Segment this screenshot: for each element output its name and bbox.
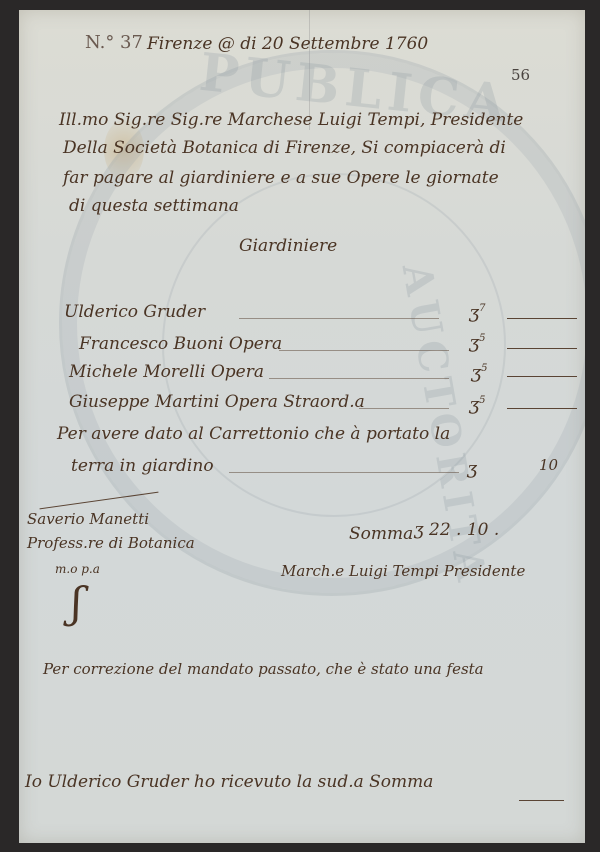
entry-amount-2: ʒ5 [469,332,486,353]
amount-rule [507,348,577,349]
total-label: Somma [349,524,413,544]
entry-name-2: Francesco Buoni Opera [79,334,282,354]
document-number: N.° 37 [85,32,143,53]
total-value: ʒ 22 . 10 . [414,520,499,540]
leader-dashes [269,378,449,379]
entry-amount-6-value: 10 [539,456,558,474]
leader-dashes [359,408,449,409]
entry-amount-4: ʒ5 [469,394,486,415]
correction-note: Per correzione del mandato passato, che … [43,660,484,678]
entry-amount-3: ʒ5 [471,362,488,383]
margin-flourish: ʃ [71,578,82,627]
section-heading: Giardiniere [239,236,337,256]
entry-name-3: Michele Morelli Opera [69,362,264,382]
entry-name-1: Ulderico Gruder [64,302,205,322]
leader-dashes [239,318,439,319]
place-date: Firenze @ di 20 Settembre 1760 [147,34,428,54]
margin-note-line-2: Profess.re di Botanica [27,534,195,552]
salutation-line-4: di questa settimana [69,196,239,216]
amount-rule [507,318,577,319]
entry-name-4: Giuseppe Martini Opera Straord.a [69,392,365,412]
document-page: PUBLICA AUCTORITA N.° 37 Firenze @ di 20… [19,10,585,843]
margin-note-line-1: Saverio Manetti [27,510,149,528]
entry-name-5: Per avere dato al Carrettonio che à port… [57,424,450,444]
amount-rule [507,408,577,409]
amount-rule [507,376,577,377]
salutation-line-1: Ill.mo Sig.re Sig.re Marchese Luigi Temp… [59,110,523,130]
leader-dashes [229,472,459,473]
president-signature: March.e Luigi Tempi Presidente [281,562,525,580]
folio-number: 56 [511,66,530,84]
receipt-rule [519,800,564,801]
salutation-line-2: Della Società Botanica di Firenze, Si co… [63,138,506,158]
receipt-line: Io Ulderico Gruder ho ricevuto la sud.a … [25,772,433,792]
entry-name-6: terra in giardino [71,456,214,476]
salutation-line-3: far pagare al giardiniere e a sue Opere … [63,168,499,188]
entry-amount-1: ʒ7 [469,302,486,323]
margin-note-line-3: m.o p.a [55,562,100,576]
entry-amount-6: ʒ [467,458,477,479]
leader-dashes [279,350,449,351]
